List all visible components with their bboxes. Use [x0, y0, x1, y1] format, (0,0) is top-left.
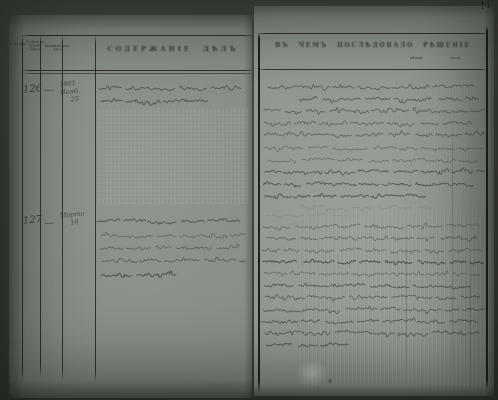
entry-number: 127 [23, 214, 43, 226]
table-rule-right-page-left [258, 33, 260, 392]
prev-case-dash: — [44, 85, 54, 96]
right-subcol-day-label: число [450, 56, 461, 60]
table-rule-header-right [258, 69, 487, 70]
table-rule-header-left [22, 70, 252, 71]
entry-number: 126 [23, 83, 43, 95]
col3-header-label: Время вступл. дѣла [42, 44, 73, 52]
table-rule-top-left [22, 35, 252, 36]
table-rule-right-page-right [486, 26, 488, 390]
right-subcol-month-label: мѣсяцъ [410, 56, 423, 60]
left-page-title: СОДЕРЖАНІЕ ДѢЛЪ [96, 45, 250, 53]
handwriting-stroke [16, 6, 34, 10]
folio-number: 11 [479, 0, 492, 12]
document-photo: СОДЕРЖАНІЕ ДѢЛЪ ВЪ ЧЕМЪ ПОСЛѢДОВАЛО РѢШЕ… [0, 0, 498, 400]
col3-header-cell: Время вступл. дѣла [63, 44, 94, 62]
entry-date: Марта 16 [59, 208, 96, 227]
dark-speck [328, 378, 332, 384]
table-rule-header-left-2 [22, 73, 252, 74]
prev-case-dash: — [44, 218, 54, 229]
light-smudge [296, 360, 328, 388]
right-page-title: ВЪ ЧЕМЪ ПОСЛѢДОВАЛО РѢШЕНІЕ [260, 42, 486, 49]
entry-date: 1861 Нояб. 25 [59, 77, 97, 104]
table-rule-top-right [258, 33, 488, 34]
right-page [254, 6, 494, 396]
